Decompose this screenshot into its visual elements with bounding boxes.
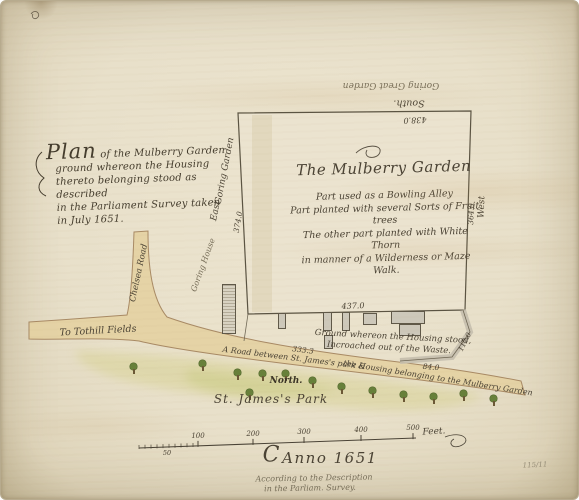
label-st-james-park: St. James's Park bbox=[214, 392, 328, 406]
label-goring-great-garden: Goring Great Garden bbox=[343, 80, 440, 90]
label-west: West bbox=[477, 196, 488, 218]
anno-date: Anno 1651 bbox=[282, 449, 378, 467]
labels-layer: Goring Great Garden South. 438.0 Goring … bbox=[1, 1, 578, 499]
measure-top: 438.0 bbox=[403, 115, 426, 125]
scale-unit-label: Feet. bbox=[422, 426, 445, 437]
map-paper: Plan of the Mulberry Garden ground where… bbox=[0, 0, 579, 500]
scale-tick-label: 400 bbox=[354, 426, 367, 434]
catalog-number: 115/11 bbox=[522, 460, 547, 469]
measure-bottom: 437.0 bbox=[341, 301, 364, 311]
scale-tick-label: 200 bbox=[246, 430, 259, 438]
scale-tick-label: 300 bbox=[297, 428, 310, 436]
label-goring-house: Goring House bbox=[189, 237, 217, 293]
attribution-line-2: in the Parliam. Survey. bbox=[264, 483, 356, 494]
label-chelsea-road: Chelsea Road bbox=[128, 243, 150, 303]
scale-sub-label: 50 bbox=[163, 449, 171, 457]
measure-right: 364.0 bbox=[466, 203, 476, 225]
label-goring-garden: Goring Garden bbox=[214, 137, 237, 206]
measure-left: 374.0 bbox=[232, 211, 245, 234]
label-east: East bbox=[209, 200, 223, 222]
label-tothill-fields: To Tothill Fields bbox=[59, 323, 136, 338]
scale-tick-label: 100 bbox=[191, 432, 204, 440]
label-north: North. bbox=[270, 376, 303, 386]
measure-encroach-bottom: 84.0 bbox=[422, 362, 439, 372]
label-south: South. bbox=[393, 98, 424, 109]
scale-tick-label: 500 bbox=[406, 424, 419, 432]
anno-flourish-c: C bbox=[263, 443, 280, 468]
